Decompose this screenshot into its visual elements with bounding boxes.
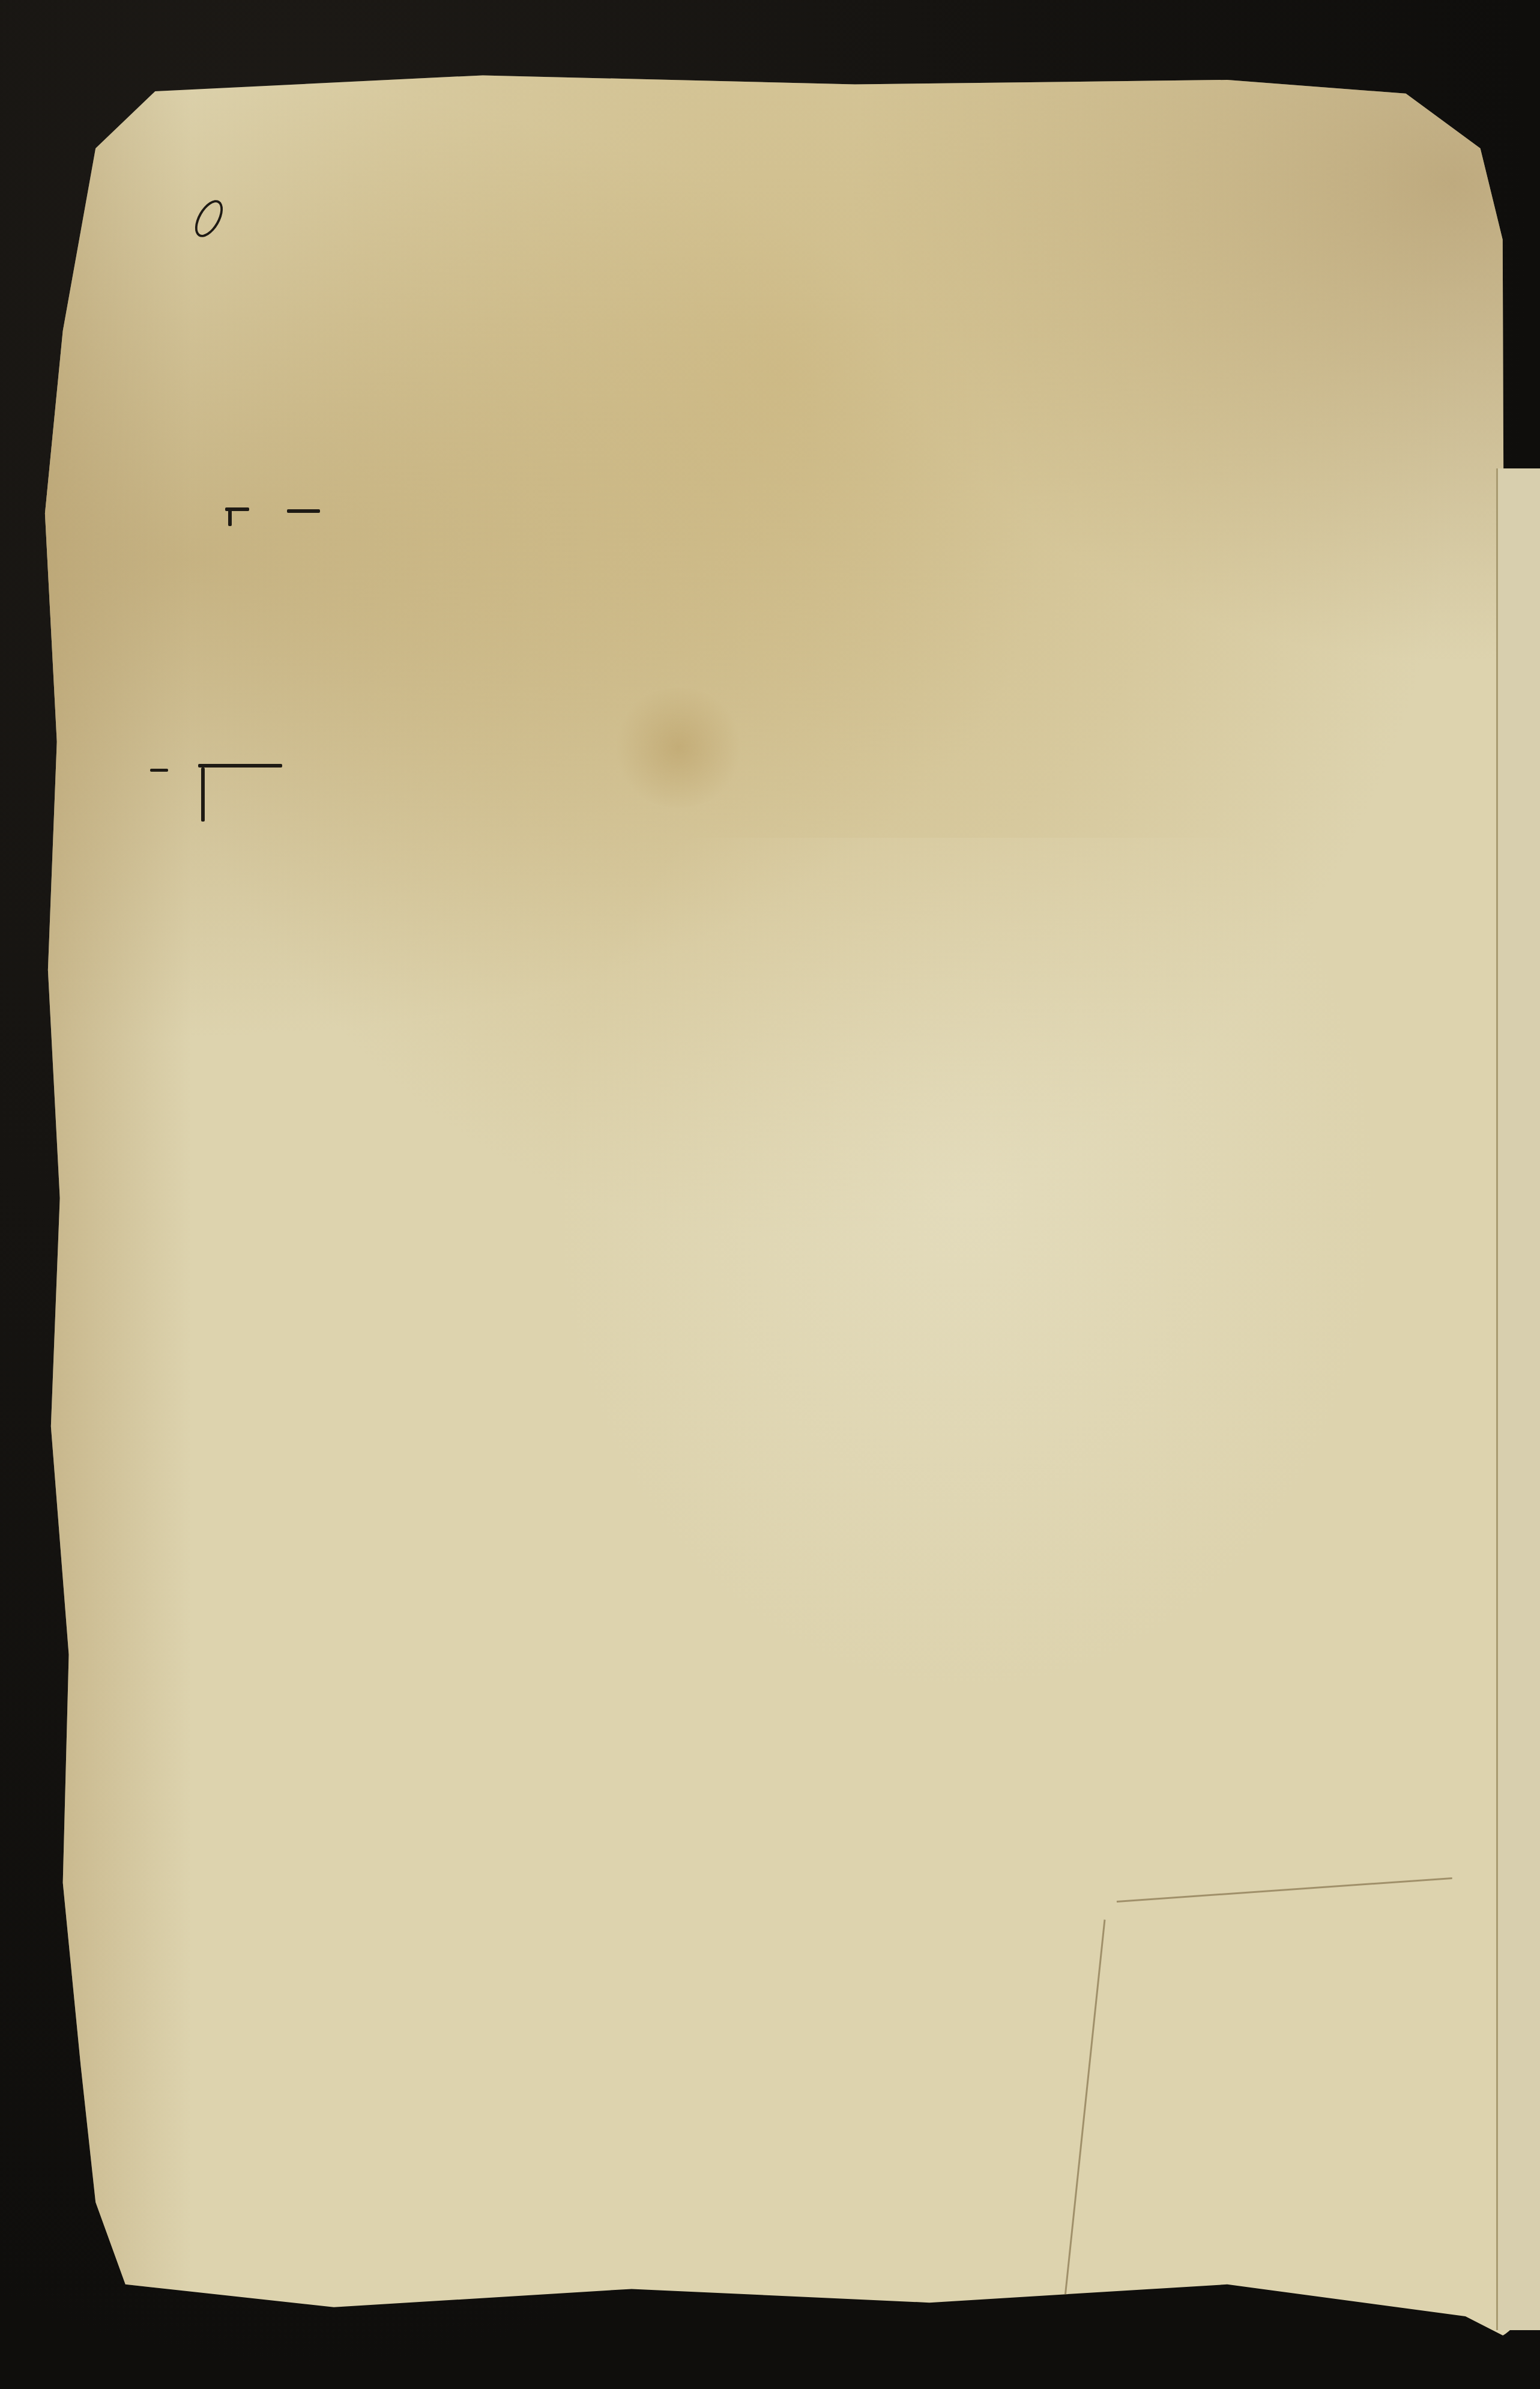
ink-mark	[287, 509, 320, 513]
stain-spot	[612, 688, 744, 808]
paper-page	[36, 57, 1525, 2339]
ink-mark	[198, 764, 282, 768]
adjacent-page-edge	[1496, 468, 1540, 2330]
ink-mark	[201, 768, 205, 822]
lighter-paper-region	[516, 838, 1417, 1739]
ink-mark	[150, 769, 168, 772]
ink-mark	[228, 509, 232, 526]
tear-line-bottom	[1117, 1877, 1452, 1903]
fold-line	[1060, 1919, 1105, 2337]
